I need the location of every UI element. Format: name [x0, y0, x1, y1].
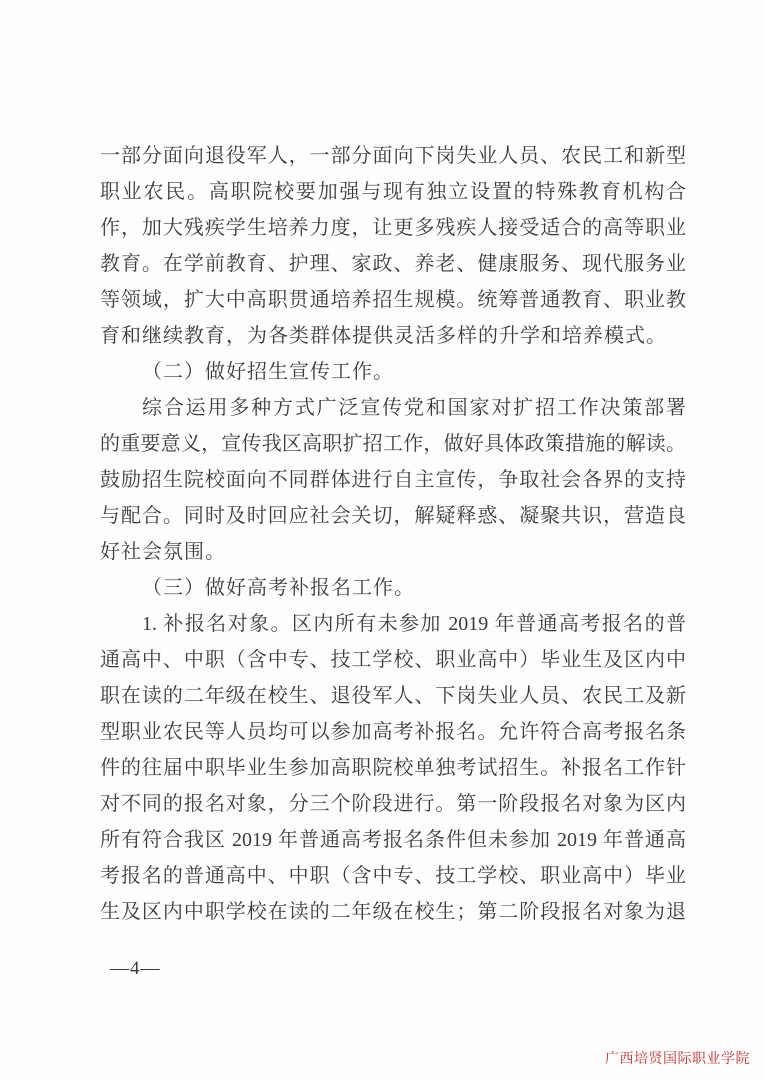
text-line: 综合运用多种方式广泛宣传党和国家对扩招工作决策部署	[100, 390, 686, 426]
text-line: 作，加大残疾学生培养力度，让更多残疾人接受适合的高等职业	[100, 210, 686, 246]
institution-watermark: 广西培贤国际职业学院	[605, 1048, 750, 1068]
text-line: 育和继续教育，为各类群体提供灵活多样的升学和培养模式。	[100, 318, 686, 354]
text-line: 型职业农民等人员均可以参加高考补报名。允许符合高考报名条	[100, 714, 686, 750]
text-line: 职业农民。高职院校要加强与现有独立设置的特殊教育机构合	[100, 174, 686, 210]
text-line: 对不同的报名对象，分三个阶段进行。第一阶段报名对象为区内	[100, 786, 686, 822]
section-heading: （二）做好招生宣传工作。	[100, 354, 686, 390]
text-line: 等领域，扩大中高职贯通培养招生规模。统筹普通教育、职业教	[100, 282, 686, 318]
text-line: 1. 补报名对象。区内所有未参加 2019 年普通高考报名的普	[100, 606, 686, 642]
text-line: 的重要意义，宣传我区高职扩招工作，做好具体政策措施的解读。	[100, 426, 686, 462]
document-page: 一部分面向退役军人，一部分面向下岗失业人员、农民工和新型 职业农民。高职院校要加…	[0, 0, 764, 1080]
text-line: 通高中、中职（含中专、技工学校、职业高中）毕业生及区内中	[100, 642, 686, 678]
text-line: 鼓励招生院校面向不同群体进行自主宣传，争取社会各界的支持	[100, 462, 686, 498]
text-line: 一部分面向退役军人，一部分面向下岗失业人员、农民工和新型	[100, 138, 686, 174]
text-line: 教育。在学前教育、护理、家政、养老、健康服务、现代服务业	[100, 246, 686, 282]
text-line: 件的往届中职毕业生参加高职院校单独考试招生。补报名工作针	[100, 750, 686, 786]
text-line: 考报名的普通高中、中职（含中专、技工学校、职业高中）毕业	[100, 858, 686, 894]
document-body: 一部分面向退役军人，一部分面向下岗失业人员、农民工和新型 职业农民。高职院校要加…	[100, 138, 686, 930]
text-line: 所有符合我区 2019 年普通高考报名条件但未参加 2019 年普通高	[100, 822, 686, 858]
text-line: 职在读的二年级在校生、退役军人、下岗失业人员、农民工及新	[100, 678, 686, 714]
text-line: 生及区内中职学校在读的二年级在校生；第二阶段报名对象为退	[100, 894, 686, 930]
page-number: —4—	[110, 958, 161, 980]
text-line: 好社会氛围。	[100, 534, 686, 570]
section-heading: （三）做好高考补报名工作。	[100, 570, 686, 606]
text-line: 与配合。同时及时回应社会关切，解疑释惑、凝聚共识，营造良	[100, 498, 686, 534]
